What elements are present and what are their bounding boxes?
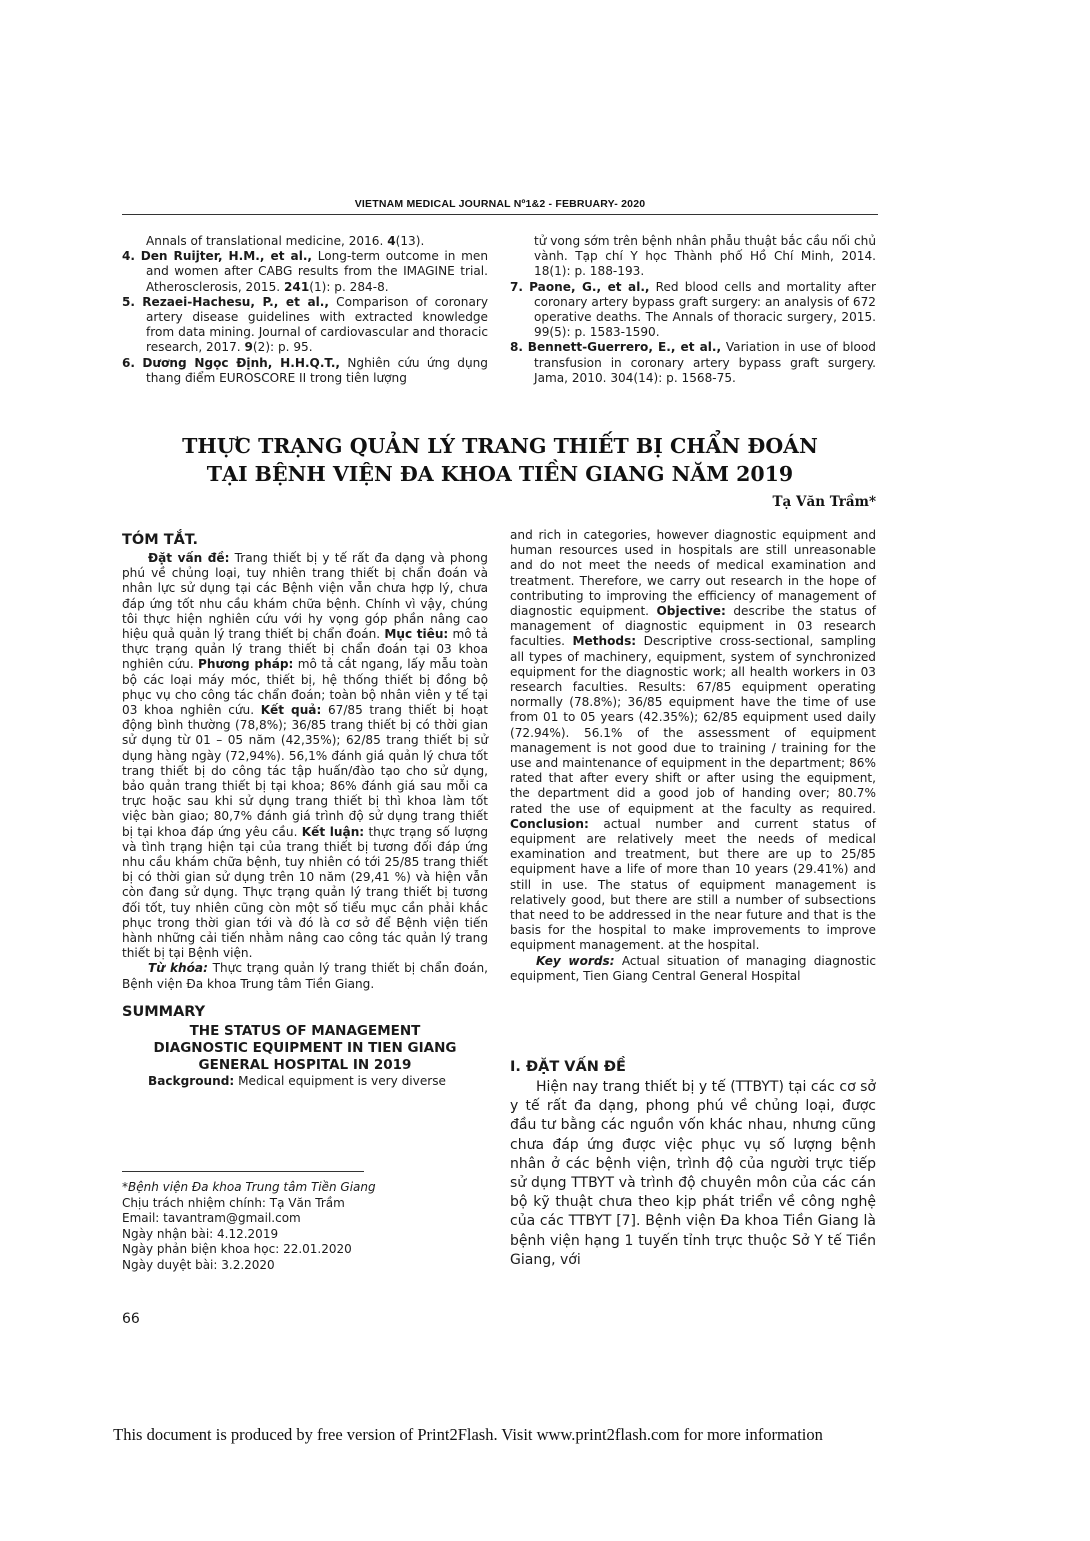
reference-number: 4.	[122, 249, 135, 263]
abstract-vi-body: Đặt vấn đề: Trang thiết bị y tế rất đa d…	[122, 551, 488, 961]
reference-item: 8. Bennett-Guerrero, E., et al., Variati…	[510, 340, 876, 386]
label-conclusion: Kết luận:	[302, 825, 364, 839]
abstract-left-column: TÓM TẮT. Đặt vấn đề: Trang thiết bị y tế…	[122, 530, 488, 1089]
footnote-received-date: Ngày nhận bài: 4.12.2019	[122, 1227, 488, 1243]
reference-volume: 241	[284, 280, 309, 294]
article-author: Tạ Văn Trầm*	[773, 494, 877, 510]
reference-authors: Bennett-Guerrero, E., et al.,	[528, 340, 721, 354]
reference-number: 7.	[510, 280, 523, 294]
page-number: 66	[122, 1311, 140, 1327]
summary-title: THE STATUS OF MANAGEMENT DIAGNOSTIC EQUI…	[122, 1023, 488, 1074]
footnotes: *Bệnh viện Đa khoa Trung tâm Tiền Giang …	[122, 1180, 488, 1274]
print2flash-banner: This document is produced by free versio…	[0, 1425, 936, 1445]
label-conclusion-en: Conclusion:	[510, 817, 589, 831]
abstract-vi-keywords: Từ khóa: Thực trạng quản lý trang thiết …	[122, 961, 488, 991]
reference-number: 8.	[510, 340, 523, 354]
footnote-reviewed-date: Ngày phản biện khoa học: 22.01.2020	[122, 1242, 488, 1258]
reference-number: 5.	[122, 295, 135, 309]
running-header: VIETNAM MEDICAL JOURNAL Nº1&2 - FEBRUARY…	[122, 198, 878, 215]
article-title-line1: THỰC TRẠNG QUẢN LÝ TRANG THIẾT BỊ CHẨN Đ…	[150, 432, 850, 460]
footnote-email: Email: tavantram@gmail.com	[122, 1211, 488, 1227]
text-methods-en: Descriptive cross-sectional, sampling al…	[510, 634, 876, 815]
footnote-divider	[122, 1171, 364, 1172]
footnote-affiliation: *Bệnh viện Đa khoa Trung tâm Tiền Giang	[122, 1180, 488, 1196]
reference-volume: 9	[244, 340, 252, 354]
abstract-vi-heading: TÓM TẮT.	[122, 530, 488, 550]
reference-tail: (1): p. 284-8.	[309, 280, 388, 294]
label-objective-en: Objective:	[657, 604, 726, 618]
references-left-column: Annals of translational medicine, 2016. …	[122, 234, 488, 386]
reference-item: 4. Den Ruijter, H.M., et al., Long-term …	[122, 249, 488, 295]
label-methods: Phương pháp:	[198, 657, 293, 671]
reference-item: tử vong sớm trên bệnh nhân phẫu thuật bắ…	[510, 234, 876, 280]
reference-authors: Den Ruijter, H.M., et al.,	[141, 249, 312, 263]
reference-number: 6.	[122, 356, 135, 370]
section-introduction-paragraph: Hiện nay trang thiết bị y tế (TTBYT) tại…	[510, 1078, 876, 1270]
references-right-column: tử vong sớm trên bệnh nhân phẫu thuật bắ…	[510, 234, 876, 386]
summary-body: and rich in categories, however diagnost…	[510, 528, 876, 954]
article-title: THỰC TRẠNG QUẢN LÝ TRANG THIẾT BỊ CHẨN Đ…	[150, 432, 850, 488]
reference-tail: (2): p. 95.	[253, 340, 313, 354]
label-background-en: Background:	[148, 1074, 234, 1088]
abstract-right-column: and rich in categories, however diagnost…	[510, 528, 876, 984]
reference-item: 7. Paone, G., et al., Red blood cells an…	[510, 280, 876, 341]
text-background-en-start: Medical equipment is very diverse	[234, 1074, 446, 1088]
text-conclusion-en: actual number and current status of equi…	[510, 817, 876, 953]
article-title-line2: TẠI BỆNH VIỆN ĐA KHOA TIỀN GIANG NĂM 201…	[150, 460, 850, 488]
section-introduction-heading: I. ĐẶT VẤN ĐỀ	[510, 1057, 876, 1077]
label-results: Kết quả:	[261, 703, 322, 717]
label-keywords-en: Key words:	[536, 954, 615, 968]
reference-item: 5. Rezaei-Hachesu, P., et al., Compariso…	[122, 295, 488, 356]
reference-authors: Paone, G., et al.,	[529, 280, 649, 294]
reference-text: Annals of translational medicine, 2016.	[146, 234, 387, 248]
summary-title-line2: DIAGNOSTIC EQUIPMENT IN TIEN GIANG	[122, 1040, 488, 1057]
summary-background-start: Background: Medical equipment is very di…	[122, 1074, 488, 1089]
summary-heading: SUMMARY	[122, 1002, 488, 1022]
summary-title-line3: GENERAL HOSPITAL IN 2019	[122, 1057, 488, 1074]
section-introduction: I. ĐẶT VẤN ĐỀ Hiện nay trang thiết bị y …	[510, 1057, 876, 1270]
label-keywords: Từ khóa:	[148, 961, 208, 975]
label-methods-en: Methods:	[572, 634, 636, 648]
reference-item: 6. Dương Ngọc Định, H.H.Q.T., Nghiên cứu…	[122, 356, 488, 386]
text-conclusion: thực trạng số lượng và tình trạng hiện t…	[122, 825, 488, 961]
reference-text: tử vong sớm trên bệnh nhân phẫu thuật bắ…	[534, 234, 876, 278]
reference-authors: Rezaei-Hachesu, P., et al.,	[142, 295, 329, 309]
reference-item: Annals of translational medicine, 2016. …	[122, 234, 488, 249]
summary-title-line1: THE STATUS OF MANAGEMENT	[122, 1023, 488, 1040]
reference-volume: 4	[387, 234, 395, 248]
footnote-responsible: Chịu trách nhiệm chính: Tạ Văn Trầm	[122, 1196, 488, 1212]
text-results: 67/85 trang thiết bị hoạt động bình thườ…	[122, 703, 488, 839]
reference-authors: Dương Ngọc Định, H.H.Q.T.,	[142, 356, 340, 370]
reference-tail: (13).	[396, 234, 425, 248]
footnote-accepted-date: Ngày duyệt bài: 3.2.2020	[122, 1258, 488, 1274]
label-background: Đặt vấn đề:	[148, 551, 229, 565]
label-objective: Mục tiêu:	[384, 627, 448, 641]
summary-keywords: Key words: Actual situation of managing …	[510, 954, 876, 984]
